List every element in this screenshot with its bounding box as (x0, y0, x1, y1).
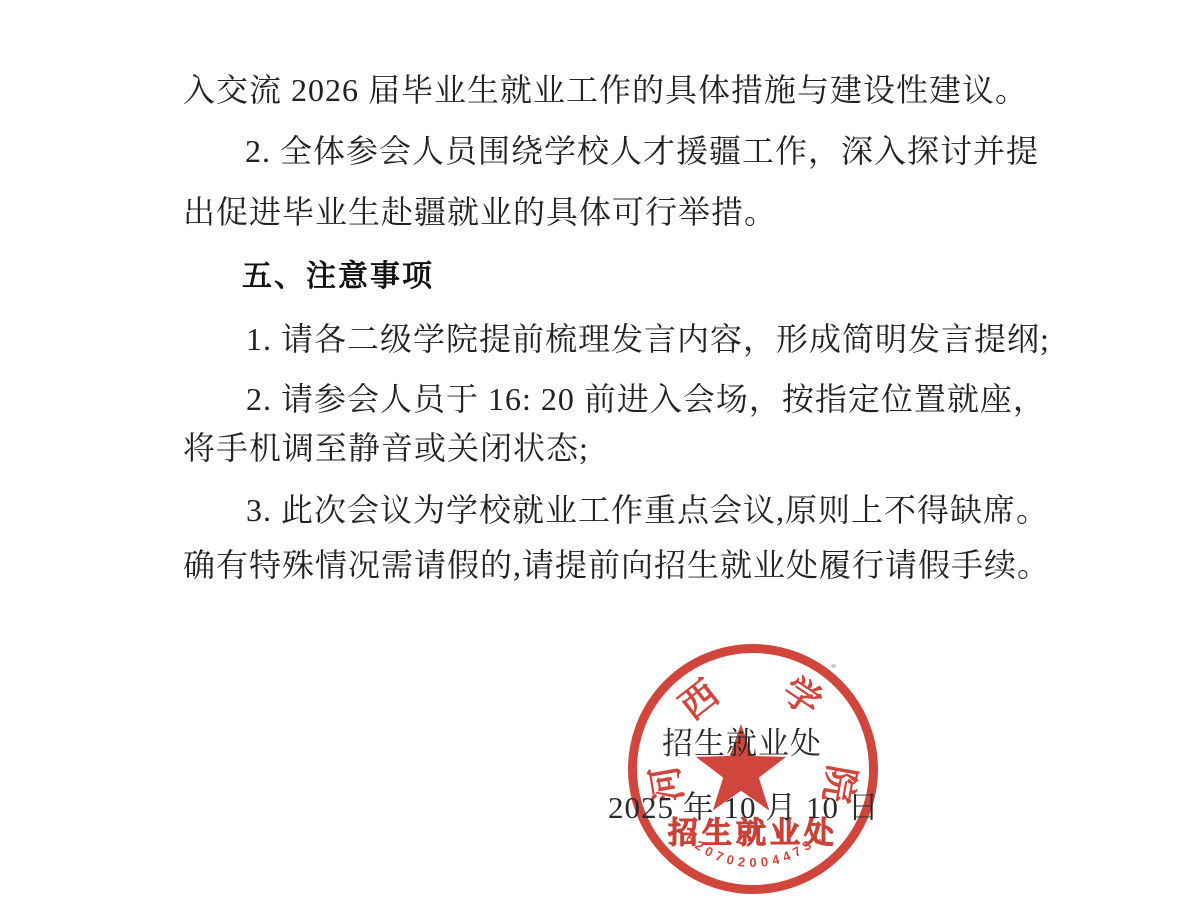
document-line: 3. 此次会议为学校就业工作重点会议,原则上不得缺席。 (246, 492, 1049, 528)
document-line: 将手机调至静音或关闭状态; (183, 430, 589, 466)
document-line: 出促进毕业生赴疆就业的具体可行举措。 (183, 194, 777, 230)
document-line: 确有特殊情况需请假的,请提前向招生就业处履行请假手续。 (183, 547, 1050, 583)
document-line: 1. 请各二级学院提前梳理发言内容，形成简明发言提纲; (246, 321, 1050, 357)
document-line: 2. 全体参会人员围绕学校人才援疆工作，深入探讨并提 (245, 133, 1039, 169)
signature-department: 招生就业处 (662, 718, 822, 763)
signature-date: 2025 年 10 月 10 日 (608, 782, 880, 827)
document-line: 入交流 2026 届毕业生就业工作的具体措施与建设性建议。 (183, 72, 1028, 108)
section-heading: 五、注意事项 (242, 259, 434, 295)
document-line: 2. 请参会人员于 16: 20 前进入会场，按指定位置就座， (246, 381, 1046, 417)
document-page: 入交流 2026 届毕业生就业工作的具体措施与建设性建议。 2. 全体参会人员围… (0, 0, 1190, 909)
official-seal: 河 西 学 院 招生就业处 6207020044732 (628, 644, 878, 894)
